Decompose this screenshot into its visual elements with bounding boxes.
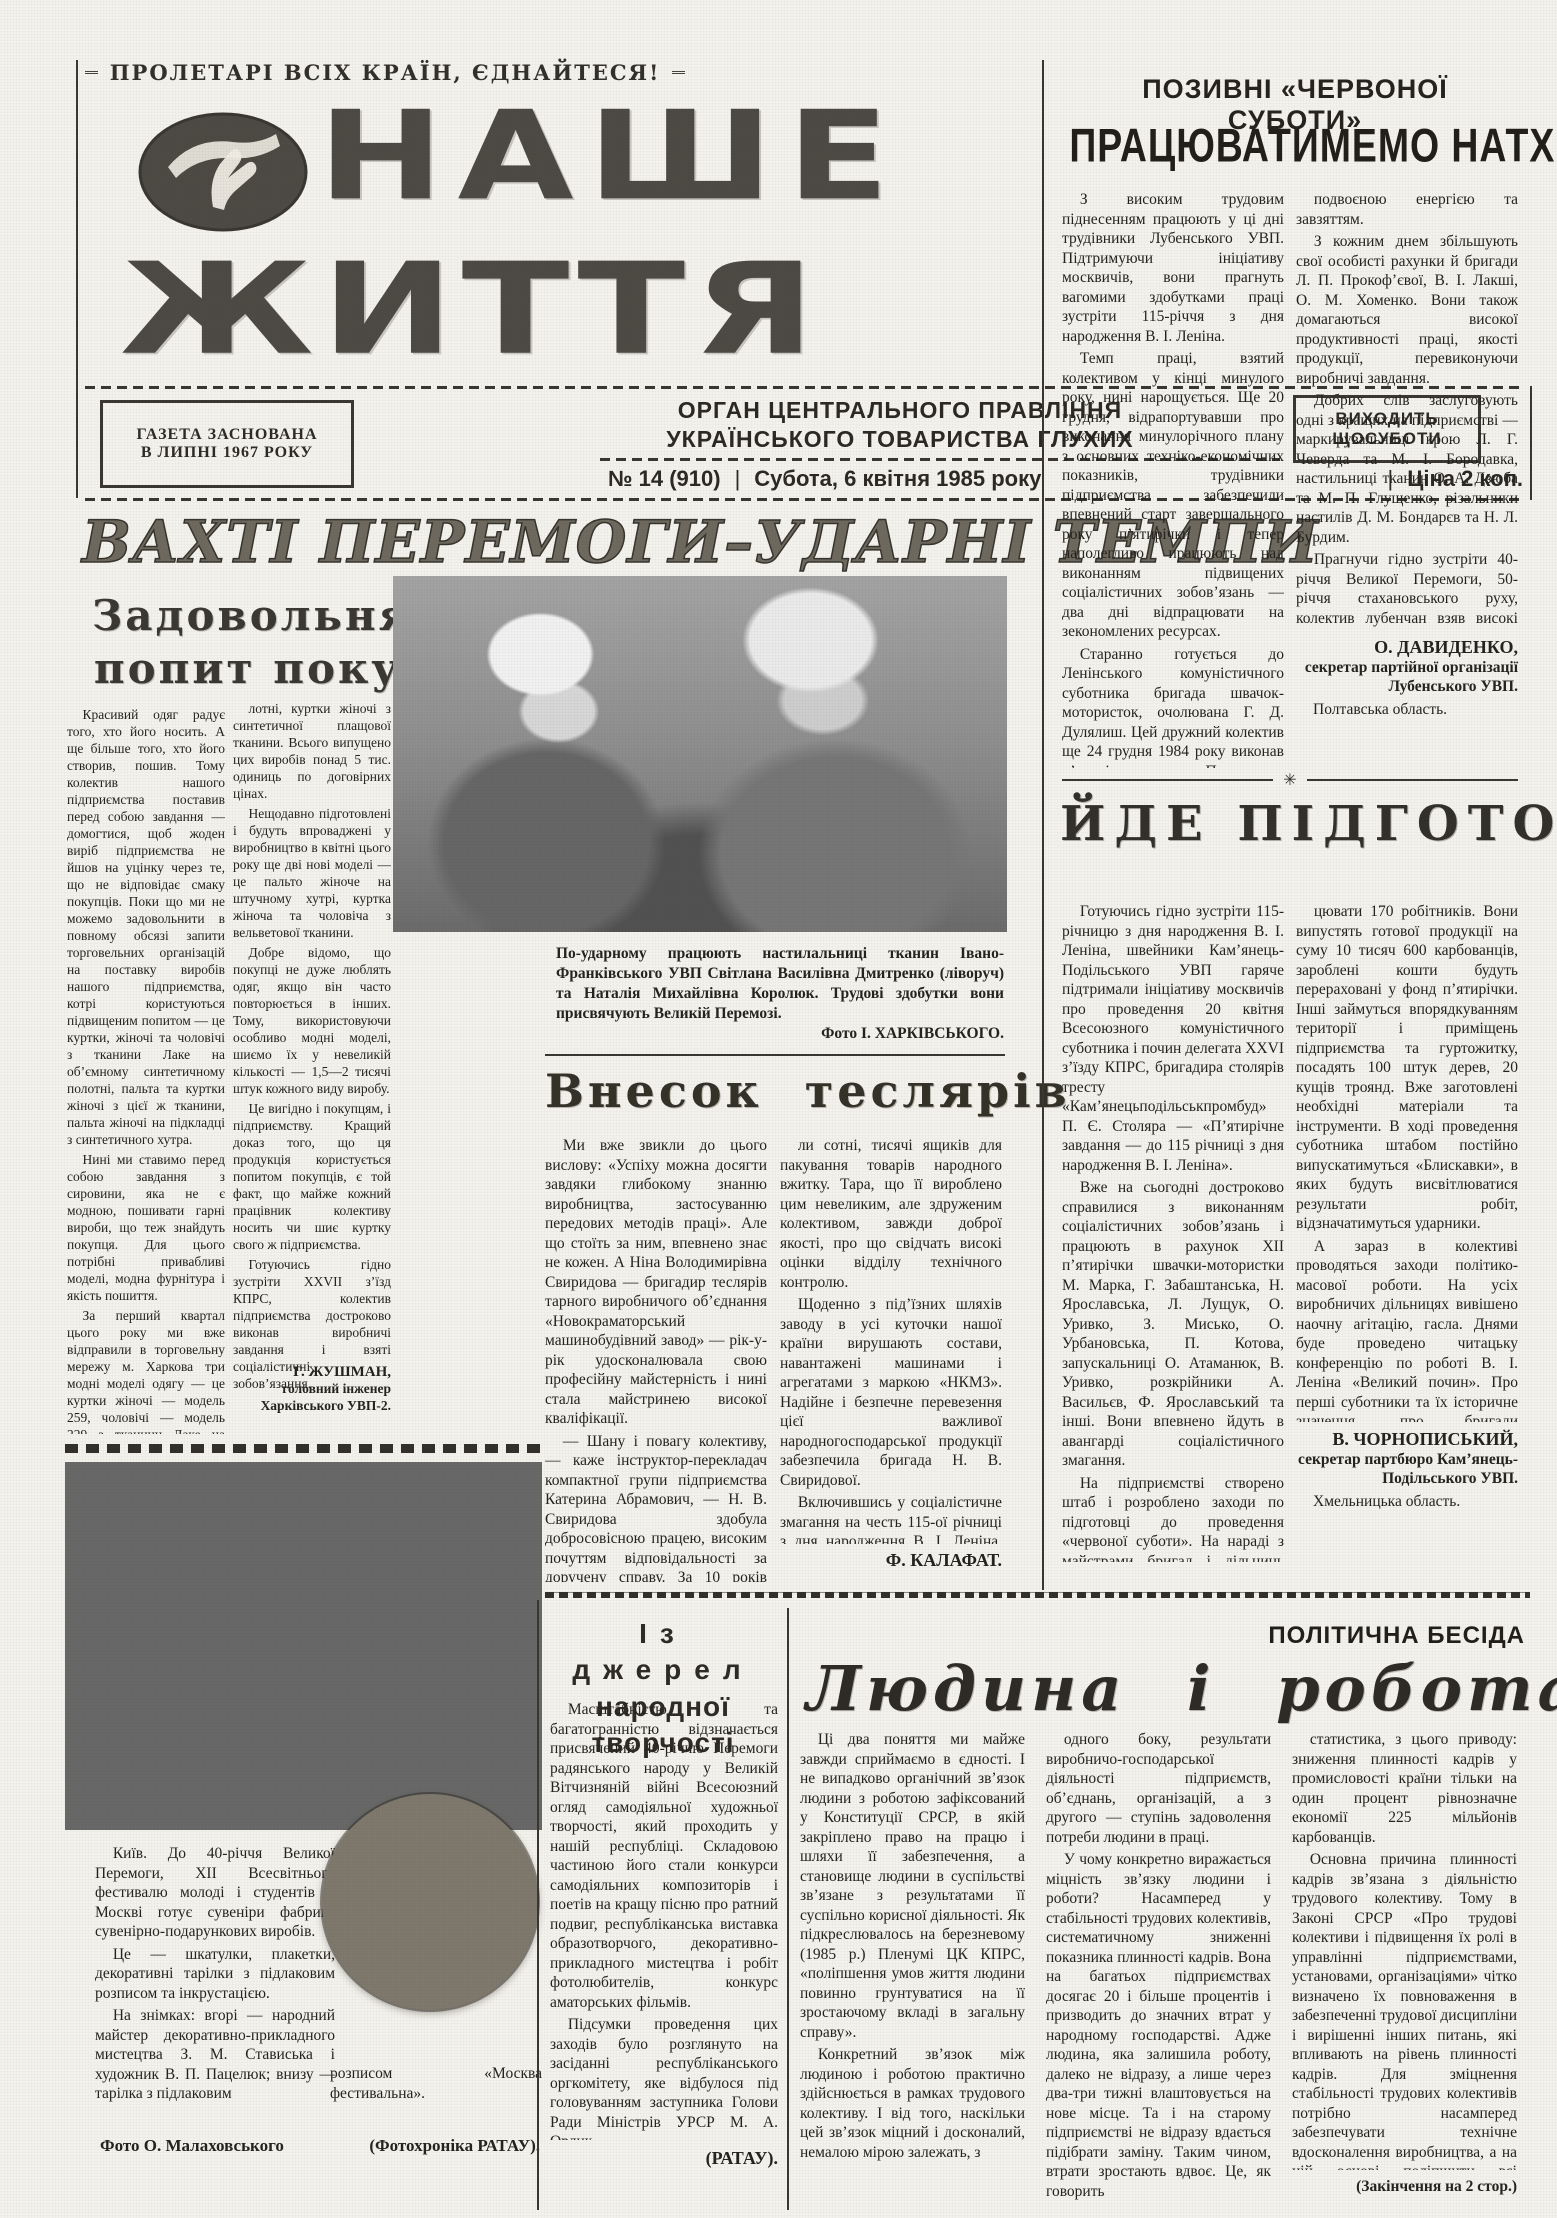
teslyariv-headline: Внесок теслярів bbox=[545, 1064, 1005, 1118]
paragraph: статистика, з цього приводу: зниження пл… bbox=[1292, 1730, 1517, 1847]
kyiv-note-continuation: розписом «Москва фестивальна». bbox=[330, 2064, 542, 2124]
teslyariv-sig-name: Ф. КАЛАФАТ. bbox=[780, 1550, 1002, 1571]
paragraph: ли сотні, тисячі ящиків для пакування то… bbox=[780, 1136, 1002, 1292]
kyiv-note-credits: Фото О. Малаховського (Фотохроніка РАТАУ… bbox=[100, 2136, 540, 2156]
lyudyna-column-3: статистика, з цього приводу: зниження пл… bbox=[1292, 1730, 1517, 2170]
lyudyna-column-1: Ці два поняття ми майже завжди сприймаєм… bbox=[800, 1730, 1025, 2208]
paragraph: Масштабністю та багатогранністю відзнача… bbox=[550, 1700, 778, 2012]
masthead-left-rule bbox=[76, 60, 78, 498]
paragraph: Це вигідно і покупцям, і підприємству. К… bbox=[233, 1100, 391, 1253]
asterisk-ornament-icon: ✳ bbox=[1283, 770, 1296, 790]
sidebar-divider-rule bbox=[1042, 60, 1044, 1590]
red-saturday-column-1: З високим трудовим піднесенням працюють … bbox=[1062, 190, 1284, 768]
slogan-row: ПРОЛЕТАРІ ВСІХ КРАЇН, ЄДНАЙТЕСЯ! bbox=[85, 60, 685, 85]
pidhotovka-sig-role: секретар партбюро Кам’янець-Подільського… bbox=[1296, 1450, 1518, 1489]
paragraph: Основна причина плинності кадрів зв’язан… bbox=[1292, 1850, 1517, 2170]
pidhotovka-sig-region: Хмельницька область. bbox=[1296, 1492, 1518, 1512]
deaf-society-hands-emblem-icon bbox=[138, 112, 308, 232]
sidebar-ornament: ✳ bbox=[1062, 770, 1518, 790]
paragraph: Включившись у соціалістичне змагання на … bbox=[780, 1493, 1002, 1544]
photo1-caption: По-ударному працюють настилальниці ткани… bbox=[556, 944, 1004, 1024]
paragraph: Темп праці, взятий колективом у кінці ми… bbox=[1062, 349, 1284, 642]
pidhotovka-column-1: Готуючись гідно зустріти 115-річницю з д… bbox=[1062, 902, 1284, 1562]
ornament-rule-right bbox=[1307, 779, 1518, 781]
photo1-caption-rule bbox=[545, 1054, 1005, 1056]
photo-seamstresses bbox=[393, 576, 1007, 932]
paragraph: подвоєною енергією та завзяттям. bbox=[1296, 190, 1518, 229]
pidhotovka-signature: В. ЧОРНОПИСЬКИЙ, секретар партбюро Кам’я… bbox=[1296, 1424, 1518, 1512]
issue-number: № 14 (910) bbox=[608, 466, 721, 492]
founded-box: ГАЗЕТА ЗАСНОВАНА В ЛИПНІ 1967 РОКУ bbox=[100, 400, 354, 488]
paragraph: лотні, куртки жіночі з синтетичної плащо… bbox=[233, 700, 391, 802]
paragraph: Вже на сьогодні достроково справилися з … bbox=[1062, 1178, 1284, 1471]
paragraph: Старанно готується до Ленінського комуні… bbox=[1062, 645, 1284, 769]
paragraph: Добрих слів заслуговують одні з кращих н… bbox=[1296, 391, 1518, 547]
paragraph: Ці два поняття ми майже завжди сприймаєм… bbox=[800, 1730, 1025, 2042]
teslyariv-column-2: ли сотні, тисячі ящиків для пакування то… bbox=[780, 1136, 1002, 1544]
paragraph: Це — шкатулки, плакетки, декоративні тар… bbox=[95, 1945, 335, 2004]
pidhotovka-headline: ЙДЕ ПІДГОТОВКА bbox=[1060, 796, 1530, 852]
bottom-section-wavy-rule bbox=[545, 1592, 1530, 1598]
newspaper-page: ПРОЛЕТАРІ ВСІХ КРАЇН, ЄДНАЙТЕСЯ! НАШЕ ЖИ… bbox=[0, 0, 1557, 2218]
satisfy-signature: Г. ЖУШМАН, головний інженер Харківського… bbox=[233, 1358, 391, 1415]
paragraph: З високим трудовим піднесенням працюють … bbox=[1062, 190, 1284, 346]
paragraph: Нині ми ставимо перед собою завдання з с… bbox=[67, 1151, 225, 1304]
photo-decorative-plate bbox=[322, 1794, 538, 2010]
paragraph: Конкретний зв’язок між людиною і роботою… bbox=[800, 2045, 1025, 2162]
lyudyna-column-2: одного боку, результати виробничо-господ… bbox=[1046, 1730, 1271, 2208]
paragraph: Готуючись гідно зустріти 115-річницю з д… bbox=[1062, 902, 1284, 1175]
masthead-title-line1: НАШЕ bbox=[318, 100, 903, 213]
photo-craftsmen bbox=[65, 1462, 542, 1830]
slogan-rule-left bbox=[85, 71, 98, 74]
founded-line1: ГАЗЕТА ЗАСНОВАНА bbox=[103, 426, 351, 444]
slogan: ПРОЛЕТАРІ ВСІХ КРАЇН, ЄДНАЙТЕСЯ! bbox=[110, 60, 661, 85]
red-saturday-headline: ПРАЦЮВАТИМЕМО НАТХНЕННО bbox=[1069, 120, 1520, 174]
paragraph: На знімках: вгорі — народний майстер дек… bbox=[95, 2006, 335, 2104]
paragraph: За перший квартал цього року ми вже відп… bbox=[67, 1307, 225, 1434]
dzherela-left-rule bbox=[537, 1600, 539, 2210]
dzherela-column: Масштабністю та багатогранністю відзнача… bbox=[550, 1700, 778, 2140]
photo1-credit: Фото І. ХАРКІВСЬКОГО. bbox=[556, 1024, 1004, 1044]
paragraph: цювати 170 робітників. Вони випустять го… bbox=[1296, 902, 1518, 1234]
kyiv-note-continuation-text: розписом «Москва фестивальна». bbox=[330, 2064, 542, 2103]
paragraph: Красивий одяг радує того, хто його носит… bbox=[67, 706, 225, 1148]
issue-date: Субота, 6 квітня 1985 року bbox=[754, 466, 1041, 492]
kyiv-note-credit-photo: Фото О. Малаховського bbox=[100, 2136, 284, 2156]
red-saturday-column-2: подвоєною енергією та завзяттям.З кожним… bbox=[1296, 190, 1518, 630]
satisfy-sig-role: головний інженер Харківського УВП-2. bbox=[233, 1381, 391, 1415]
paragraph: Щоденно з під’їзних шляхів заводу в усі … bbox=[780, 1295, 1002, 1490]
paragraph: А зараз в колективі проводяться заходи п… bbox=[1296, 1237, 1518, 1423]
paragraph: одного боку, результати виробничо-господ… bbox=[1046, 1730, 1271, 1847]
paragraph: У чому конкретно виражається міцність зв… bbox=[1046, 1850, 1271, 2201]
founded-line2: В ЛИПНІ 1967 РОКУ bbox=[103, 444, 351, 462]
paragraph: — Шану і повагу колективу, — каже інстру… bbox=[545, 1432, 767, 1583]
red-saturday-sig-role: секретар партійної організації Лубенсько… bbox=[1296, 658, 1518, 697]
paragraph: Нещодавно підготовлені і будуть впровадж… bbox=[233, 805, 391, 941]
ornament-rule-left bbox=[1062, 779, 1273, 781]
paragraph: Добре відомо, що покупці не дуже люблять… bbox=[233, 944, 391, 1097]
red-saturday-sig-region: Полтавська область. bbox=[1296, 700, 1518, 720]
pidhotovka-column-2: цювати 170 робітників. Вони випустять го… bbox=[1296, 902, 1518, 1422]
masthead-title-line2: ЖИТТЯ bbox=[120, 252, 823, 368]
satisfy-column-2: лотні, куртки жіночі з синтетичної плащо… bbox=[233, 700, 391, 1400]
teslyariv-column-1: Ми вже звикли до цього вислову: «Успіху … bbox=[545, 1136, 767, 1582]
lyudyna-headline: Людина і робота bbox=[806, 1652, 1557, 1725]
pidhotovka-sig-name: В. ЧОРНОПИСЬКИЙ, bbox=[1296, 1430, 1518, 1450]
issue-separator: | bbox=[735, 466, 741, 492]
paragraph: Підсумки проведення цих заходів було роз… bbox=[550, 2015, 778, 2140]
dzherela-headline-line1: Із джерел bbox=[548, 1616, 778, 1689]
dzherela-right-rule bbox=[787, 1608, 789, 2210]
kyiv-note-credit-agency: (Фотохроніка РАТАУ). bbox=[369, 2136, 540, 2156]
paragraph: Прагнучи гідно зустріти 40-річчя Великої… bbox=[1296, 550, 1518, 630]
header-right-rule bbox=[1530, 386, 1532, 500]
left-ornament-rule bbox=[65, 1444, 541, 1453]
paragraph: Київ. До 40-річчя Великої Перемоги, XII … bbox=[95, 1844, 335, 1942]
paragraph: Ми вже звикли до цього вислову: «Успіху … bbox=[545, 1136, 767, 1429]
lyudyna-continuation: (Закінчення на 2 стор.) bbox=[1292, 2178, 1517, 2196]
paragraph: На підприємстві створено штаб і розробле… bbox=[1062, 1474, 1284, 1563]
kyiv-note-column: Київ. До 40-річчя Великої Перемоги, XII … bbox=[95, 1844, 335, 2140]
red-saturday-signature: О. ДАВИДЕНКО, секретар партійної організ… bbox=[1296, 632, 1518, 720]
dzherela-credit: (РАТАУ). bbox=[550, 2148, 778, 2169]
satisfy-column-1: Красивий одяг радує того, хто його носит… bbox=[67, 706, 225, 1434]
satisfy-sig-name: Г. ЖУШМАН, bbox=[233, 1364, 391, 1381]
red-saturday-sig-name: О. ДАВИДЕНКО, bbox=[1296, 638, 1518, 658]
lyudyna-kicker: ПОЛІТИЧНА БЕСІДА bbox=[1265, 1622, 1525, 1650]
slogan-rule-right bbox=[672, 71, 685, 74]
paragraph: З кожним днем збільшують свої особисті р… bbox=[1296, 232, 1518, 388]
